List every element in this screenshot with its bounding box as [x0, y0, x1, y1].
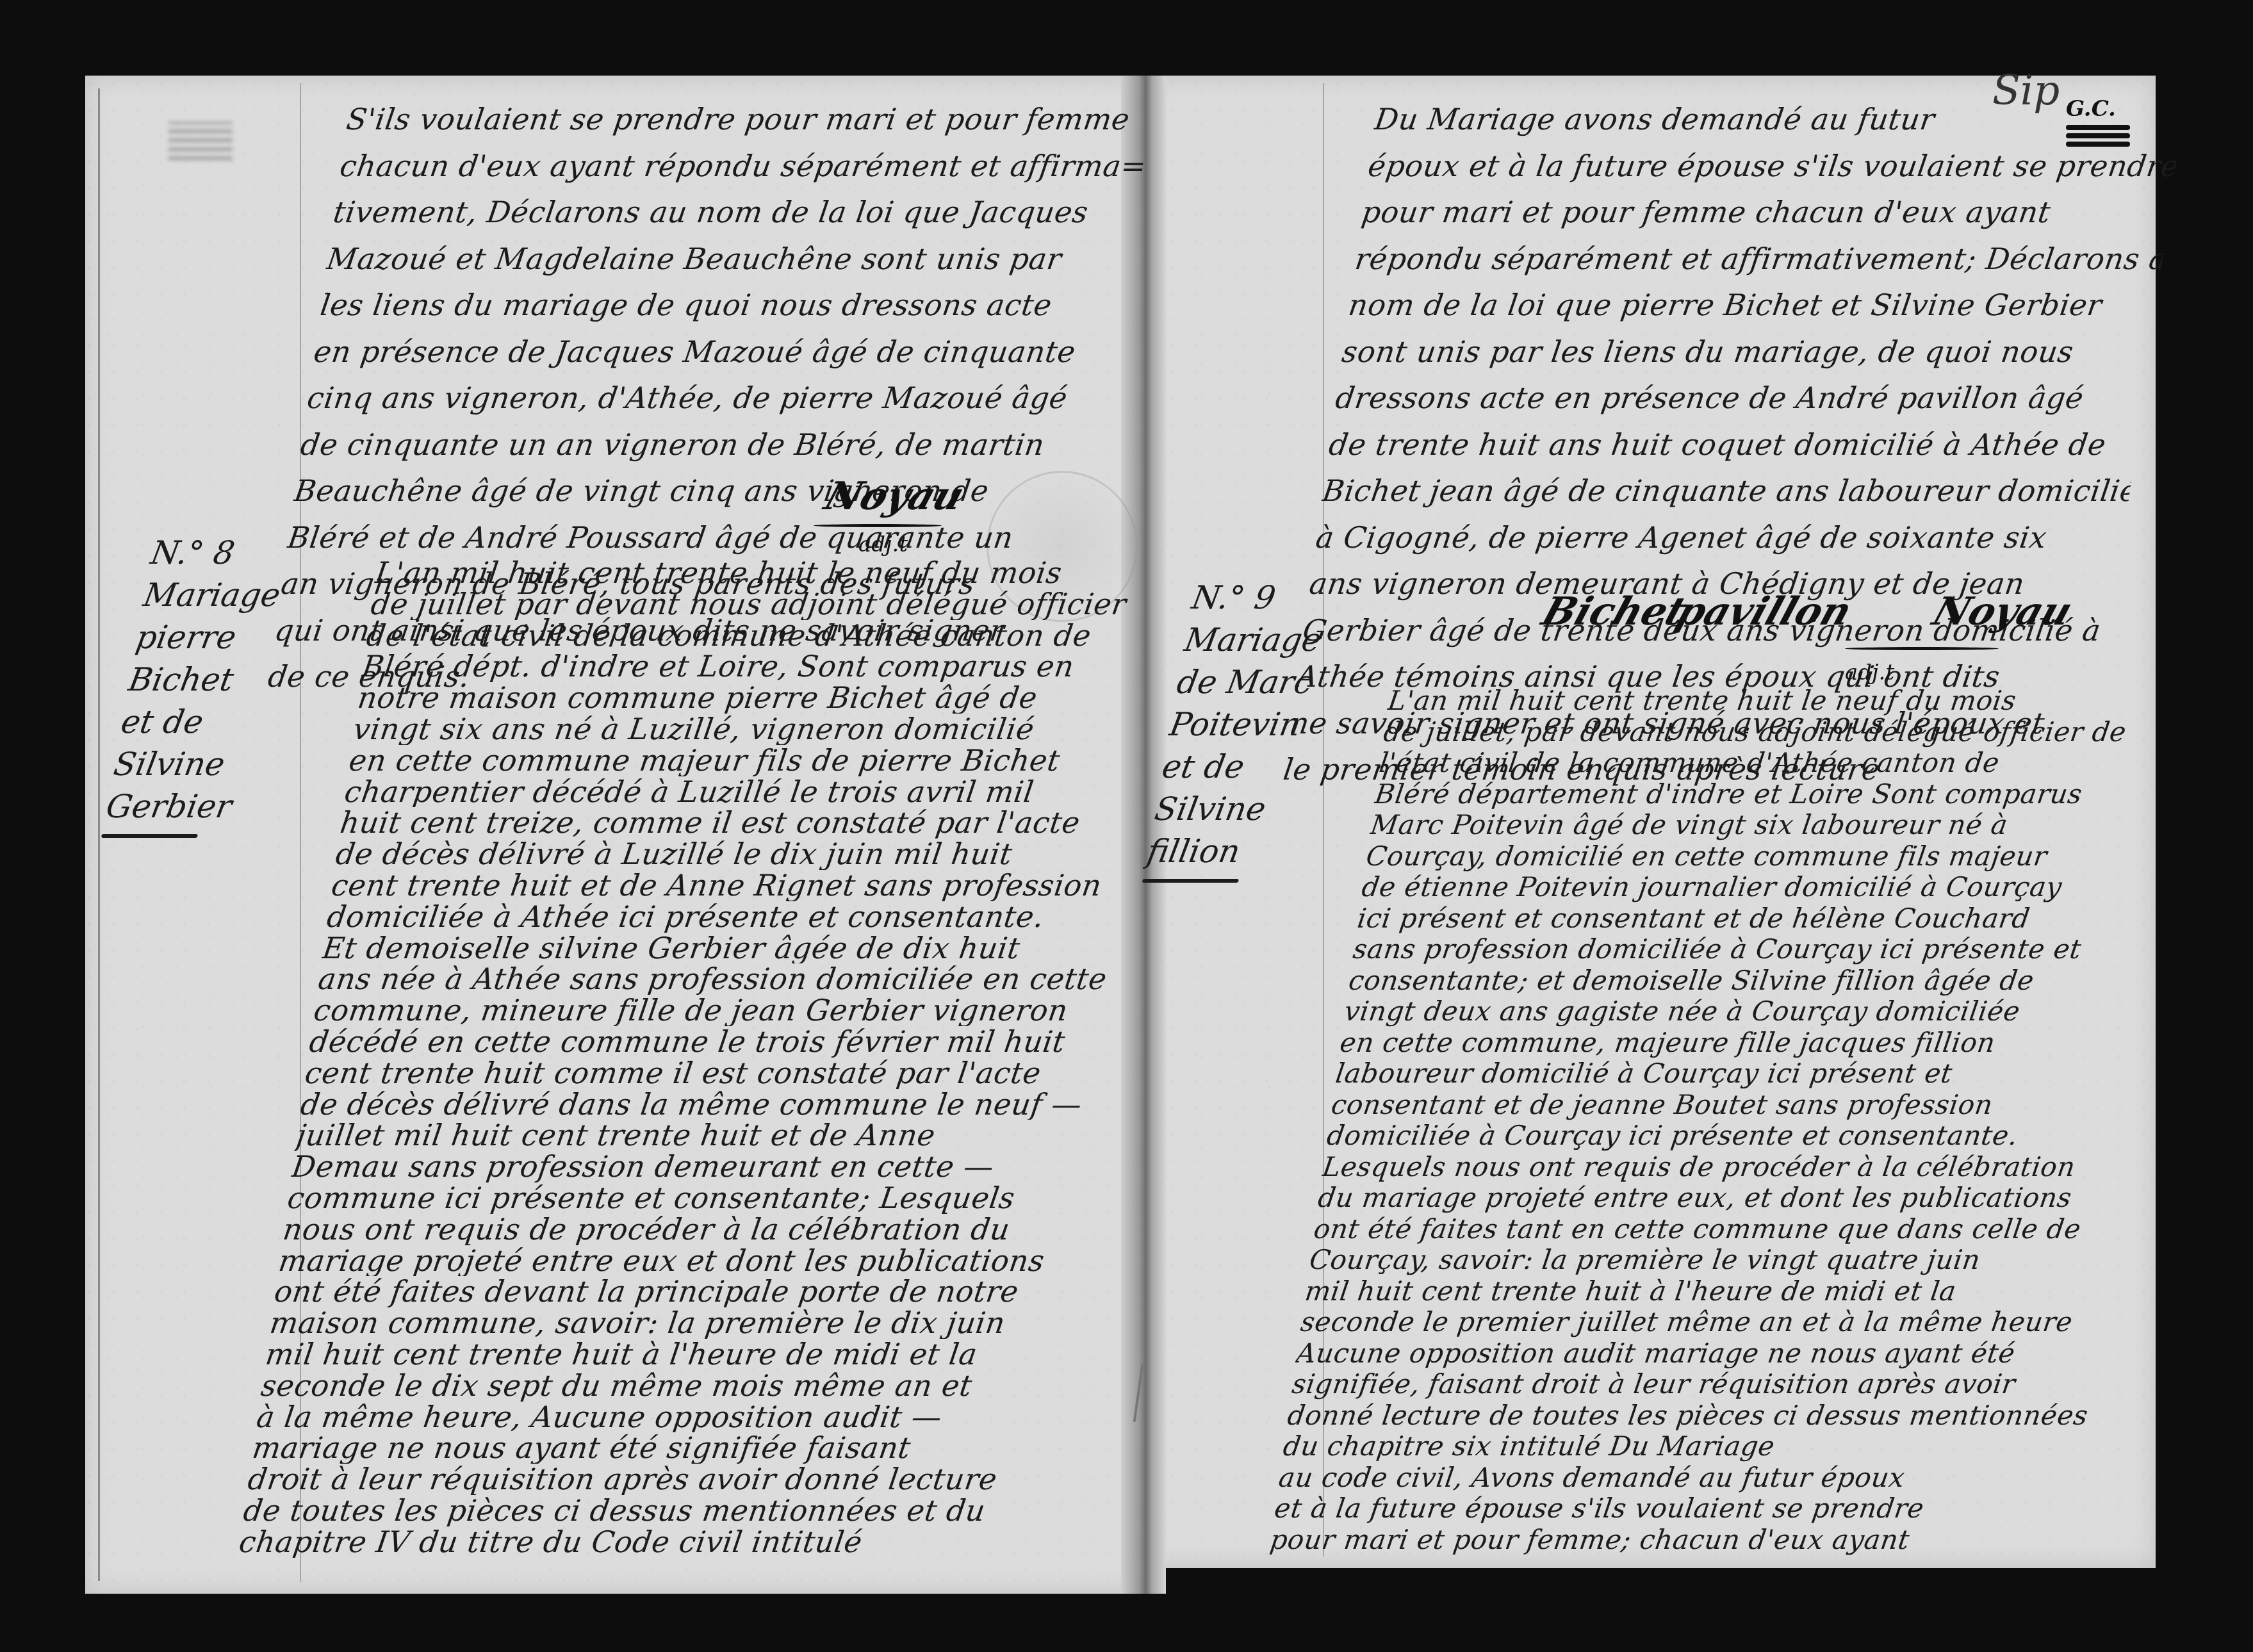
text-line: cent trente huit et de Anne Rignet sans … — [329, 870, 1141, 901]
text-line: ans née à Athée sans profession domicili… — [316, 963, 1128, 995]
text-line: chapitre IV du titre du Code civil intit… — [237, 1526, 1049, 1558]
text-line: domiciliée à Athée ici présente et conse… — [325, 901, 1136, 933]
text-line: ont été faites tant en cette commune que… — [1312, 1214, 2130, 1245]
text-line: Et demoiselle silvine Gerbier âgée de di… — [321, 933, 1133, 964]
text-line: domiciliée à Courçay ici présente et con… — [1325, 1120, 2143, 1152]
text-line: Courçay, domicilié en cette commune fils… — [1364, 841, 2183, 872]
margin-line: Mariage — [140, 574, 315, 616]
text-line: pour mari et pour femme; chacun d'eux ay… — [1268, 1525, 2086, 1556]
text-line: du mariage projeté entre eux, et dont le… — [1316, 1182, 2134, 1214]
page-edge — [98, 88, 100, 1581]
text-line: Du Mariage avons demandé au futur — [1372, 96, 2185, 143]
text-line: de décès délivré dans la même commune le… — [299, 1089, 1110, 1120]
text-line: Bichet jean âgé de cinquante ans laboure… — [1320, 468, 2133, 514]
text-line: dressons acte en présence de André pavil… — [1332, 375, 2146, 421]
text-line: de étienne Poitevin journalier domicilié… — [1360, 872, 2178, 903]
text-line: de décès délivré à Luzillé le dix juin m… — [334, 838, 1145, 870]
text-line: du chapitre six intitulé Du Mariage — [1281, 1431, 2099, 1462]
margin-line: Silvine — [1151, 788, 1325, 830]
signature-title: adj.t — [858, 532, 908, 557]
text-line: ont été faites devant la principale port… — [272, 1276, 1084, 1307]
text-line: sont unis par les liens du mariage, de q… — [1339, 329, 2152, 375]
text-line: de juillet, par devant nous adjoint délé… — [1382, 717, 2200, 748]
margin-line: pierre — [133, 616, 307, 658]
text-line: vingt deux ans gagiste née à Courçay dom… — [1342, 996, 2160, 1027]
text-line: Beauchêne âgé de vingt cinq ans vigneron… — [291, 468, 1105, 514]
signature-witness: pavillon — [1671, 589, 1857, 634]
text-line: de cinquante un an vigneron de Bléré, de… — [298, 421, 1111, 468]
text-line: maison commune, savoir: la première le d… — [268, 1307, 1079, 1339]
text-line: de toutes les pièces ci dessus mentionné… — [242, 1495, 1053, 1526]
text-line: cent trente huit comme il est constaté p… — [303, 1058, 1115, 1089]
margin-flourish — [101, 834, 198, 838]
signature-flourish — [814, 524, 942, 527]
text-line: seconde le dix sept du même mois même an… — [259, 1370, 1071, 1402]
text-line: droit à leur réquisition après avoir don… — [246, 1464, 1058, 1495]
text-line: ici présent et consentant et de hélène C… — [1356, 903, 2174, 935]
text-line: en cette commune, majeure fille jacques … — [1338, 1027, 2156, 1059]
text-line: l'état civil de la commune d'Athée canto… — [1377, 748, 2195, 779]
signature-groom: Bichet — [1537, 589, 1692, 634]
text-line: les liens du mariage de quoi nous dresso… — [317, 282, 1131, 329]
text-line: consentant et de jeanne Boutet sans prof… — [1329, 1090, 2147, 1121]
margin-line: Mariage — [1181, 619, 1356, 661]
act-number: N.° 8 — [148, 532, 322, 574]
text-line: nom de la loi que pierre Bichet et Silvi… — [1345, 282, 2159, 329]
text-line: Lesquels nous ont requis de procéder à l… — [1320, 1152, 2138, 1183]
margin-line: Poitevin — [1167, 703, 1341, 746]
right-act-9-body: L'an mil huit cent trente huit le neuf d… — [1268, 685, 2204, 1555]
margin-line: de Marc — [1174, 661, 1348, 703]
margin-line: fillion — [1144, 830, 1318, 872]
text-line: L'an mil huit cent trente huit le neuf d… — [1386, 685, 2204, 717]
text-line: mariage projeté entre eux et dont les pu… — [277, 1245, 1088, 1277]
text-line: répondu séparément et affirmativement; D… — [1352, 236, 2166, 282]
left-act-8-body: L'an mil huit cent trente huit le neuf d… — [237, 557, 1184, 1558]
margin-line: et de — [1159, 746, 1333, 788]
text-line: signifiée, faisant droit à leur réquisit… — [1290, 1369, 2108, 1400]
text-line: S'ils voulaient se prendre pour mari et … — [343, 96, 1157, 143]
text-line: Marc Poitevin âgé de vingt six laboureur… — [1368, 810, 2186, 841]
text-line: tivement, Déclarons au nom de la loi que… — [331, 189, 1144, 236]
text-line: Demau sans profession demeurant en cette… — [290, 1151, 1102, 1182]
text-line: de juillet par devant nous adjoint délég… — [369, 589, 1181, 620]
text-line: Courçay, savoir: la première le vingt qu… — [1307, 1245, 2126, 1276]
margin-flourish — [1142, 879, 1239, 883]
text-line: au code civil, Avons demandé au futur ép… — [1277, 1462, 2095, 1494]
text-line: juillet mil huit cent trente huit et de … — [294, 1120, 1106, 1151]
text-line: Bléré et de André Poussard âgé de quaran… — [284, 514, 1098, 561]
text-line: de l'état civil de la commune d'Athée ca… — [365, 620, 1176, 651]
signature-flourish — [1845, 647, 1999, 650]
text-line: Aucune opposition audit mariage ne nous … — [1294, 1338, 2112, 1370]
text-line: cinq ans vigneron, d'Athée, de pierre Ma… — [304, 375, 1118, 421]
text-line: mariage ne nous ayant été signifiée fais… — [250, 1432, 1062, 1464]
act-number: N.° 9 — [1189, 577, 1363, 619]
text-line: commune ici présente et consentante; Les… — [286, 1182, 1097, 1214]
text-line: de trente huit ans huit coquet domicilié… — [1326, 421, 2140, 468]
text-line: seconde le premier juillet même an et à … — [1299, 1307, 2117, 1338]
text-line: en cette commune majeur fils de pierre B… — [347, 745, 1159, 776]
text-line: huit cent treize, comme il est constaté … — [338, 807, 1150, 838]
text-line: laboureur domicilié à Courçay ici présen… — [1334, 1058, 2152, 1090]
text-line: à Cigogné, de pierre Agenet âgé de soixa… — [1313, 514, 2127, 561]
text-line: en présence de Jacques Mazoué âgé de cin… — [311, 329, 1124, 375]
text-line: sans profession domiciliée à Courçay ici… — [1351, 934, 2169, 965]
faded-stamp — [168, 122, 233, 160]
text-line: commune, mineure fille de jean Gerbier v… — [312, 995, 1124, 1026]
margin-line: Gerbier — [103, 785, 277, 828]
text-line: Bléré département d'indre et Loire Sont … — [1373, 779, 2191, 810]
text-line: vingt six ans né à Luzillé, vigneron dom… — [352, 714, 1163, 745]
text-line: Bléré dépt. d'indre et Loire, Sont compa… — [360, 651, 1172, 682]
text-line: décédé en cette commune le trois février… — [307, 1026, 1119, 1058]
signature-mayor-left: Noyau — [819, 474, 970, 519]
signature-mayor-right: Noyau — [1928, 589, 2078, 634]
text-line: et à la future épouse s'ils voulaient se… — [1272, 1493, 2090, 1525]
text-line: Mazoué et Magdelaine Beauchêne sont unis… — [324, 236, 1137, 282]
text-line: donné lecture de toutes les pièces ci de… — [1286, 1400, 2104, 1432]
text-line: nous ont requis de procéder à la célébra… — [281, 1214, 1093, 1245]
text-line: L'an mil huit cent trente huit le neuf d… — [373, 557, 1185, 589]
margin-line: et de — [118, 701, 292, 743]
text-line: époux et à la future épouse s'ils voulai… — [1365, 143, 2179, 190]
text-line: notre maison commune pierre Bichet âgé d… — [356, 682, 1167, 714]
text-line: chacun d'eux ayant répondu séparément et… — [337, 143, 1151, 190]
text-line: mil huit cent trente huit à l'heure de m… — [1303, 1276, 2121, 1307]
text-line: mil huit cent trente huit à l'heure de m… — [263, 1339, 1075, 1370]
text-line: à la même heure, Aucune opposition audit… — [255, 1402, 1067, 1433]
margin-line: Silvine — [110, 743, 284, 785]
text-line: consentante; et demoiselle Silvine filli… — [1347, 965, 2165, 997]
margin-line: Bichet — [126, 658, 300, 701]
text-line: charpentier décédé à Luzillé le trois av… — [343, 776, 1154, 808]
signature-title: adj.t — [1845, 660, 1894, 685]
text-line: pour mari et pour femme chacun d'eux aya… — [1359, 189, 2172, 236]
